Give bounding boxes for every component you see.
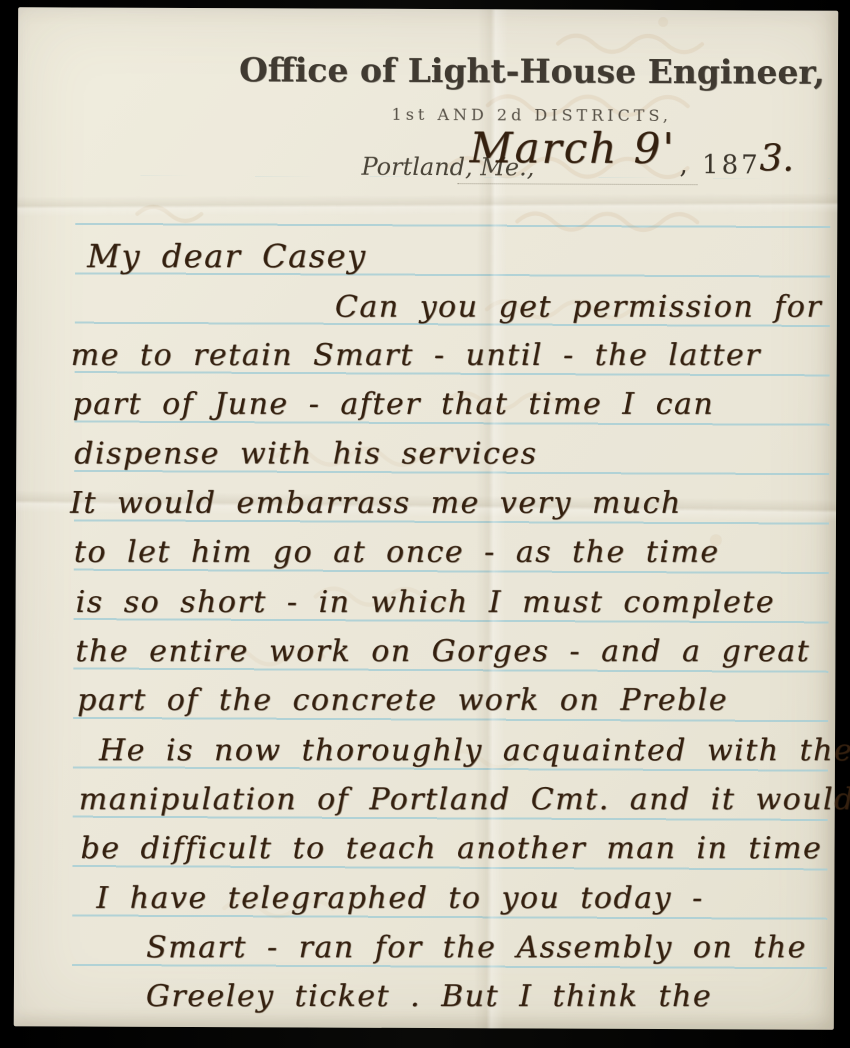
handwritten-line: manipulation of Portland Cmt. and it wou…	[79, 778, 850, 822]
handwritten-date: March 9'	[470, 123, 677, 173]
letterhead-dateline: Portland, Me., March 9' , 187 3.	[17, 129, 837, 203]
handwritten-line: It would embarrass me very much	[70, 482, 682, 526]
salutation: My dear Casey	[87, 234, 366, 278]
handwritten-line: Greeley ticket . But I think the	[146, 975, 712, 1019]
letterhead-title: Office of Light-House Engineer,	[232, 50, 832, 92]
handwritten-line: part of June - after that time I can	[72, 383, 714, 427]
handwritten-line: Smart - ran for the Assembly on the	[146, 926, 807, 970]
date-fill-in-line	[457, 183, 697, 185]
handwritten-line: the entire work on Gorges - and a great	[75, 630, 810, 674]
handwritten-line: be difficult to teach another man in tim…	[81, 827, 823, 871]
handwritten-line: to let him go at once - as the time	[74, 531, 720, 575]
handwritten-line: He is now thoroughly acquainted with the	[99, 729, 850, 773]
printed-year-prefix: , 187	[679, 150, 760, 180]
letter-page: Office of Light-House Engineer, 1st AND …	[14, 7, 838, 1030]
handwritten-line: Can you get permission for	[335, 286, 822, 330]
scanned-letter-background: Office of Light-House Engineer, 1st AND …	[0, 0, 850, 1048]
handwritten-line: me to retain Smart - until - the latter	[71, 334, 761, 378]
handwritten-line: dispense with his services	[74, 432, 537, 476]
handwritten-year-digit: 3.	[759, 138, 794, 179]
handwritten-line: part of the concrete work on Preble	[77, 679, 728, 723]
handwritten-line: is so short - in which I must complete	[76, 581, 775, 625]
handwritten-line: I have telegraphed to you today -	[96, 877, 703, 921]
